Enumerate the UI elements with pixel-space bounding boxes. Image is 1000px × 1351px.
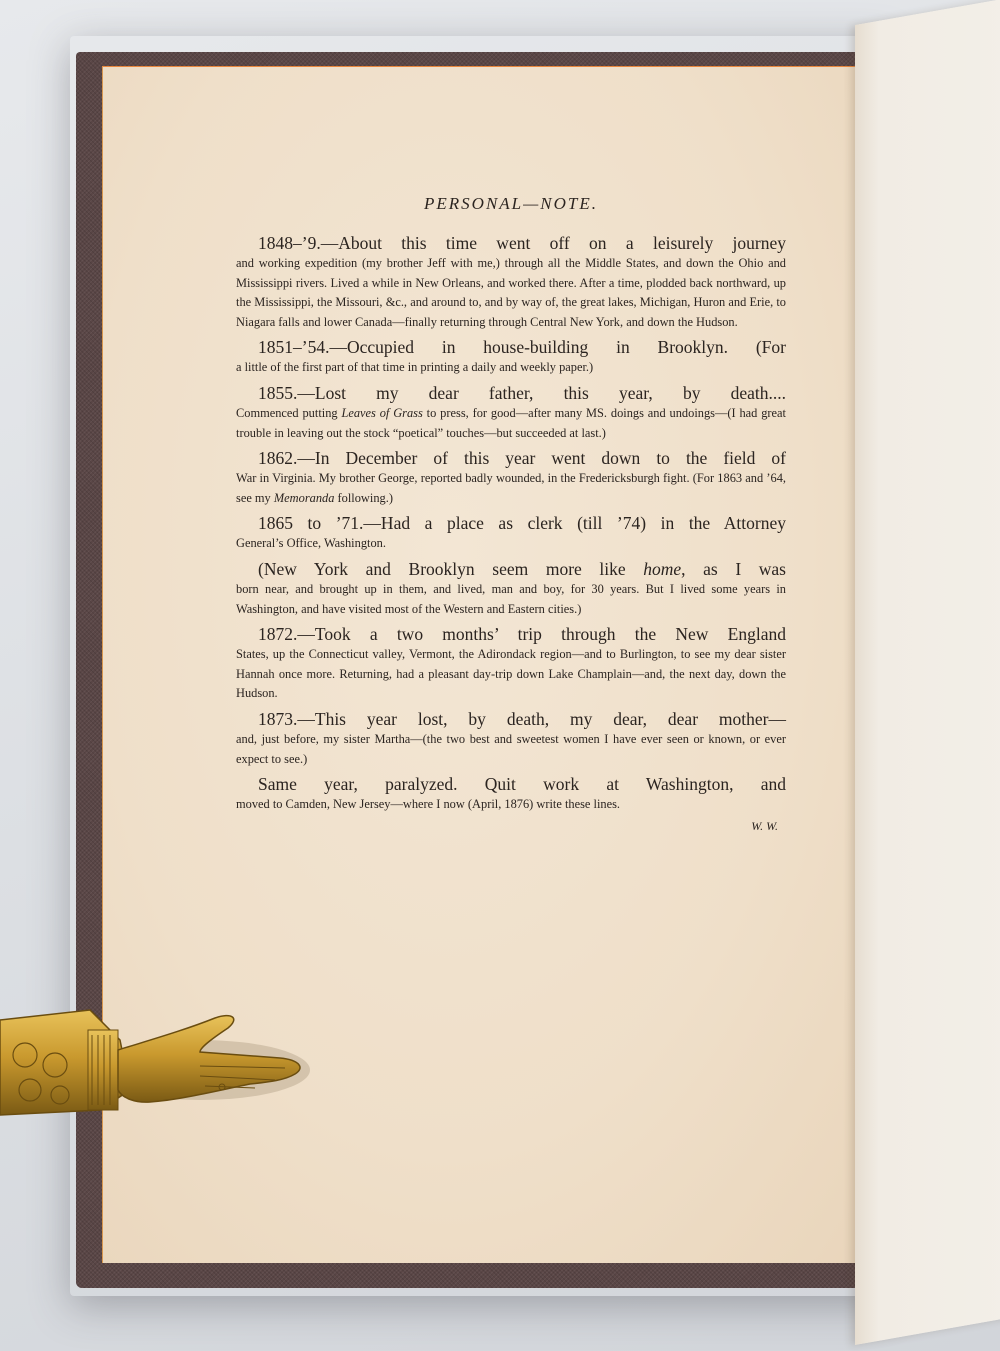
entry-1872: 1872.—Took a two months’ trip through th…: [236, 623, 786, 704]
entry-body: General’s Office, Washington.: [236, 534, 786, 554]
entry-body: War in Virginia. My brother George, repo…: [236, 469, 786, 508]
entry-lead: (New York and Brooklyn seem more like ho…: [236, 558, 786, 580]
entry-lead: Same year, paralyzed. Quit work at Washi…: [236, 773, 786, 795]
entry-body: States, up the Connecticut valley, Vermo…: [236, 645, 786, 704]
lead-part: , as I was: [681, 559, 786, 579]
entry-lead: 1862.—In December of this year went down…: [236, 447, 786, 469]
entry-body: Commenced putting Leaves of Grass to pre…: [236, 404, 786, 443]
entry-lead: 1865 to ’71.—Had a place as clerk (till …: [236, 512, 786, 534]
lead-part: (New York and Brooklyn seem more like: [258, 559, 643, 579]
right-facing-page: [855, 0, 1000, 1345]
entry-1848: 1848–’9.—About this time went off on a l…: [236, 232, 786, 332]
entry-paralyzed: Same year, paralyzed. Quit work at Washi…: [236, 773, 786, 815]
book-title-leaves-of-grass: Leaves of Grass: [341, 406, 422, 420]
entry-1873: 1873.—This year lost, by death, my dear,…: [236, 708, 786, 769]
entry-lead: 1872.—Took a two months’ trip through th…: [236, 623, 786, 645]
entry-1855: 1855.—Lost my dear father, this year, by…: [236, 382, 786, 443]
entry-body: moved to Camden, New Jersey—where I now …: [236, 795, 786, 815]
entry-body: born near, and brought up in them, and l…: [236, 580, 786, 619]
entry-body: and working expedition (my brother Jeff …: [236, 254, 786, 332]
entry-1862: 1862.—In December of this year went down…: [236, 447, 786, 508]
body-text-part: following.): [334, 491, 393, 505]
body-text-part: Commenced putting: [236, 406, 341, 420]
home-emphasis: home: [643, 559, 681, 579]
signature: W. W.: [236, 819, 786, 834]
page-heading: PERSONAL—NOTE.: [236, 194, 786, 214]
entry-body: a little of the first part of that time …: [236, 358, 786, 378]
brass-hand-clip-icon: [0, 1000, 310, 1120]
entry-body: and, just before, my sister Martha—(the …: [236, 730, 786, 769]
entry-lead: 1848–’9.—About this time went off on a l…: [236, 232, 786, 254]
page-text: PERSONAL—NOTE. 1848–’9.—About this time …: [236, 194, 786, 834]
entry-lead: 1873.—This year lost, by death, my dear,…: [236, 708, 786, 730]
memoranda-title: Memoranda: [274, 491, 335, 505]
entry-1851: 1851–’54.—Occupied in house-building in …: [236, 336, 786, 378]
entry-lead: 1855.—Lost my dear father, this year, by…: [236, 382, 786, 404]
entry-lead: 1851–’54.—Occupied in house-building in …: [236, 336, 786, 358]
entry-new-york-brooklyn: (New York and Brooklyn seem more like ho…: [236, 558, 786, 619]
entry-1865: 1865 to ’71.—Had a place as clerk (till …: [236, 512, 786, 554]
